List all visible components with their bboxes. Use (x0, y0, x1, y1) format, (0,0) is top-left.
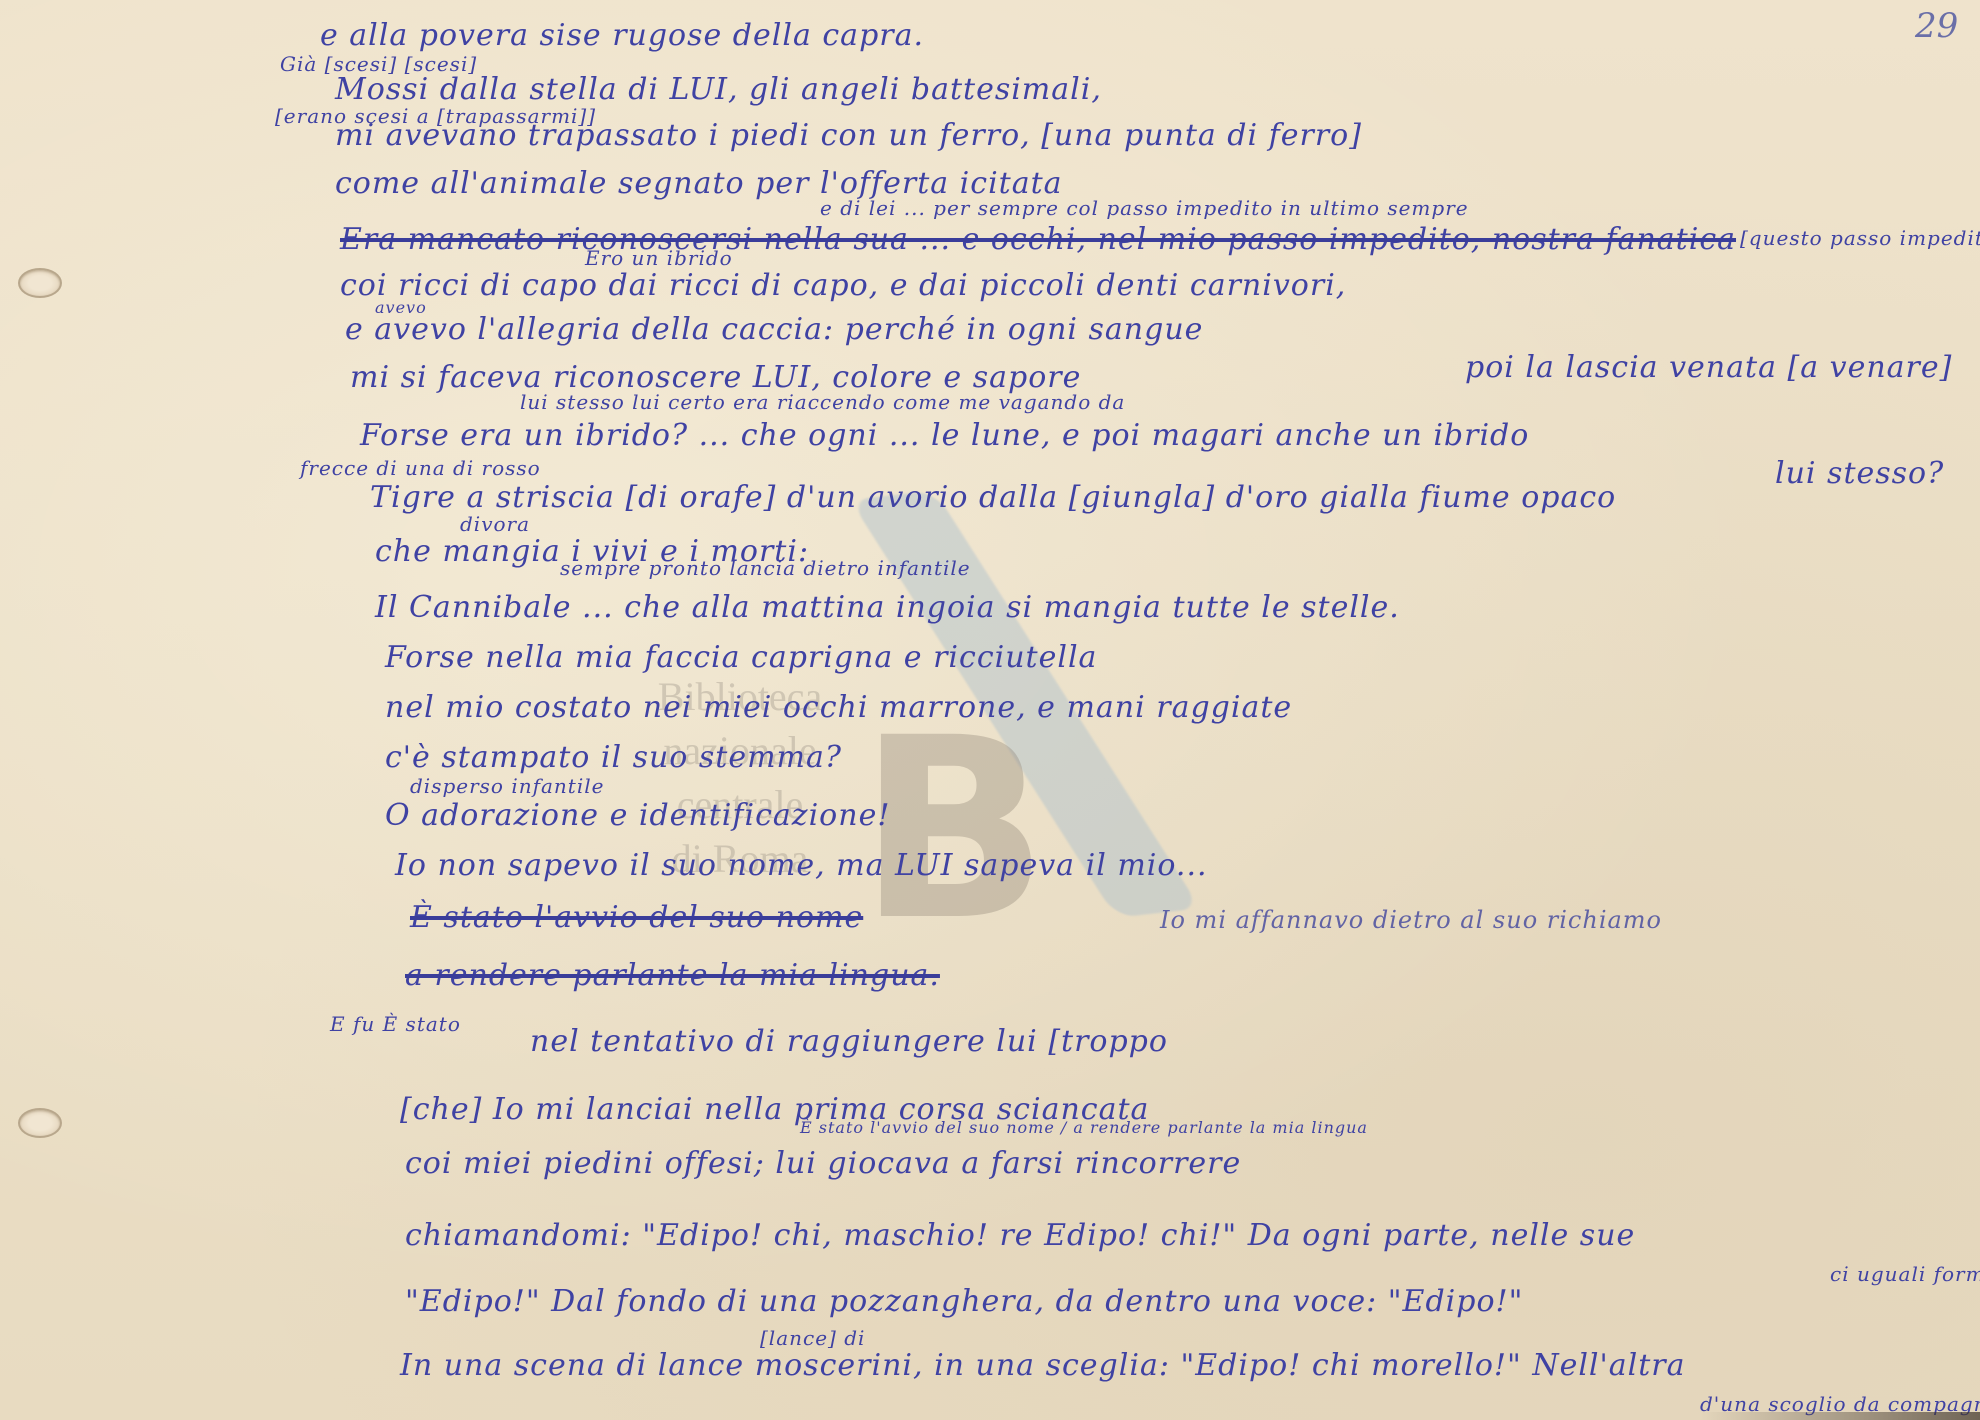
manuscript-annotation: Ero un ibrido (585, 246, 733, 270)
manuscript-line: Io non sapevo il suo nome, ma LUI sapeva… (395, 848, 1208, 883)
page-edge-shadow (1700, 1412, 1980, 1420)
page-number: 29 (1915, 6, 1958, 46)
manuscript-line-struck: È stato l'avvio del suo nome (410, 900, 863, 935)
manuscript-line-struck: a rendere parlante la mia lingua. (405, 958, 940, 993)
manuscript-annotation: disperso infantile (410, 774, 604, 798)
manuscript-line: Tigre a striscia [di orafe] d'un avorio … (370, 480, 1616, 515)
manuscript-annotation: e di lei ... per sempre col passo impedi… (820, 196, 1469, 220)
manuscript-line: "Edipo!" Dal fondo di una pozzanghera, d… (405, 1284, 1523, 1319)
manuscript-line: O adorazione e identificazione! (385, 798, 890, 833)
binder-hole-bottom (18, 1108, 62, 1138)
manuscript-line: nel mio costato nei miei occhi marrone, … (385, 690, 1292, 725)
manuscript-annotation: sempre pronto lancia dietro infantile (560, 556, 971, 580)
manuscript-annotation: ci uguali forme; (1830, 1262, 1980, 1286)
manuscript-annotation: divora (460, 512, 530, 536)
manuscript-line: In una scena di lance moscerini, in una … (400, 1348, 1686, 1383)
manuscript-line: chiamandomi: "Edipo! chi, maschio! re Ed… (405, 1218, 1635, 1253)
manuscript-annotation: frecce di una di rosso (300, 456, 541, 480)
manuscript-annotation: Io mi affannavo dietro al suo richiamo (1160, 906, 1662, 934)
manuscript-line: e alla povera sise rugose della capra. (320, 18, 924, 53)
manuscript-line: Il Cannibale ... che alla mattina ingoia… (375, 590, 1400, 625)
manuscript-line-struck: Era mancato riconoscersi nella sua ... e… (340, 222, 1736, 257)
manuscript-annotation: lui stesso lui certo era riaccendo come … (520, 390, 1125, 414)
manuscript-line: e avevo l'allegria della caccia: perché … (345, 312, 1203, 347)
manuscript-line: Mossi dalla stella di LUI, gli angeli ba… (335, 72, 1102, 107)
manuscript-annotation: [lance] di (760, 1326, 865, 1350)
manuscript-annotation: È stato l'avvio del suo nome / a rendere… (800, 1118, 1368, 1137)
manuscript-annotation: E fu È stato (330, 1012, 461, 1036)
manuscript-annotation: poi la lascia venata [a venare] (1465, 350, 1952, 385)
manuscript-line: mi avevano trapassato i piedi con un fer… (335, 118, 1362, 153)
manuscript-line: Forse nella mia faccia caprigna e ricciu… (385, 640, 1097, 675)
manuscript-line: coi ricci di capo dai ricci di capo, e d… (340, 268, 1346, 303)
binder-hole-top (18, 268, 62, 298)
manuscript-line: nel tentativo di raggiungere lui [troppo (530, 1024, 1168, 1059)
manuscript-line: c'è stampato il suo stemma? (385, 740, 842, 775)
manuscript-annotation: lui stesso? (1775, 456, 1944, 491)
manuscript-line: coi miei piedini offesi; lui giocava a f… (405, 1146, 1241, 1181)
manuscript-line: Forse era un ibrido? ... che ogni ... le… (360, 418, 1529, 453)
manuscript-annotation: [questo passo impedito. (1740, 226, 1980, 250)
